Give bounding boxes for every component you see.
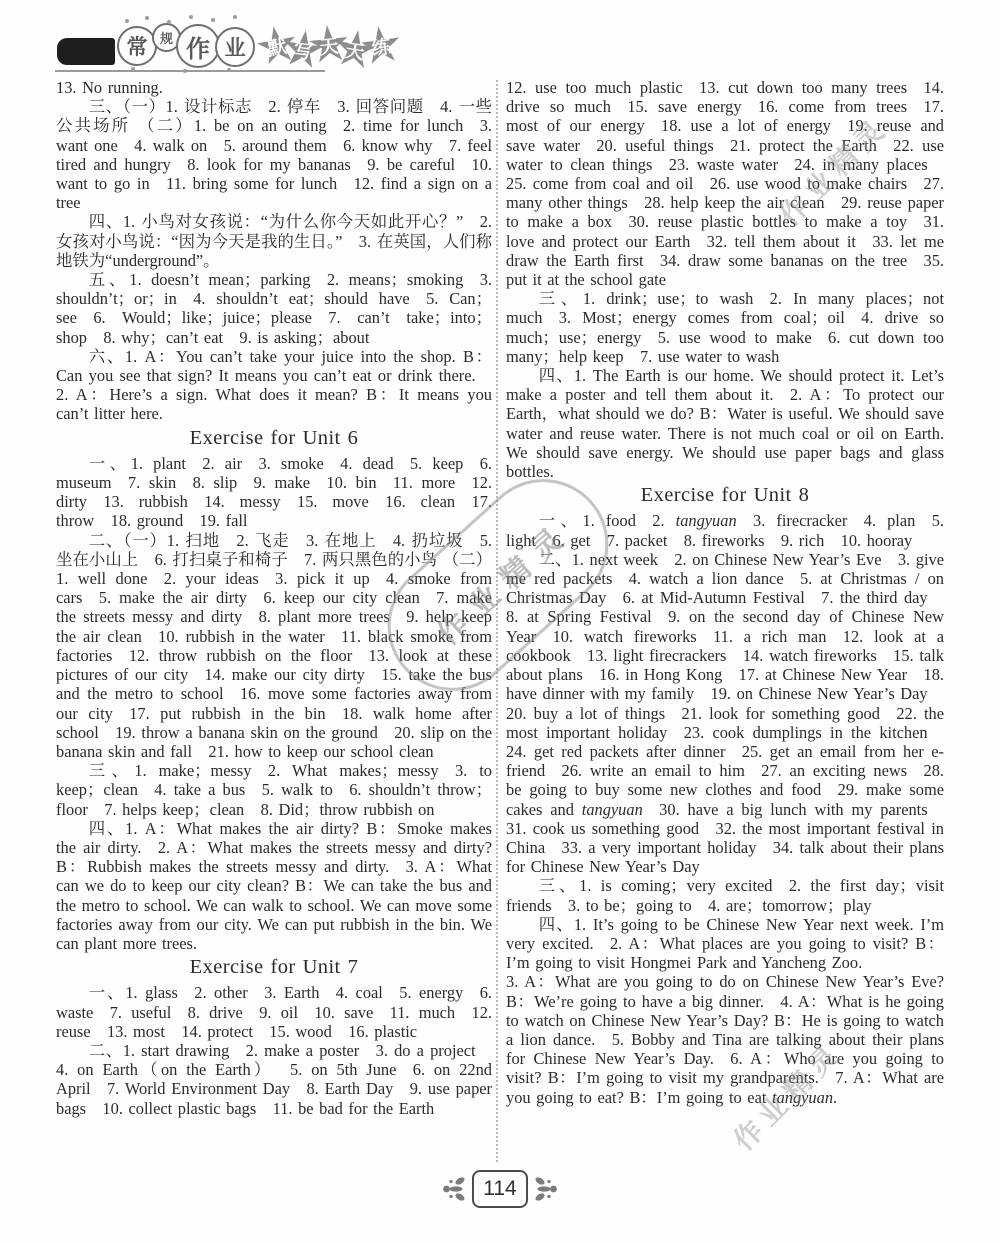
answer-paragraph: 四、1. A：What makes the air dirty? B：Smoke… [56, 819, 492, 953]
page-number: 114 [472, 1170, 528, 1208]
logo-black-bar [57, 38, 115, 65]
answer-paragraph: 三、1. make；messy 2. What makes；messy 3. t… [56, 761, 492, 819]
section-heading: Exercise for Unit 8 [506, 486, 944, 505]
answer-paragraph: 二、1. start drawing 2. make a poster 3. d… [56, 1041, 492, 1118]
answer-paragraph: 三、（一）1. 设计标志 2. 停车 3. 回答问题 4. 一些公共场所 （二）… [56, 97, 492, 212]
logo-underline [55, 70, 325, 72]
flourish-icon [533, 1174, 559, 1204]
answers-column-right: 12. use too much plastic 13. cut down to… [506, 78, 944, 1107]
answer-paragraph: 13. No running. [56, 78, 492, 97]
answer-paragraph: 一、1. glass 2. other 3. Earth 4. coal 5. … [56, 983, 492, 1041]
answer-paragraph: 三、1. drink；use；to wash 2. In many places… [506, 289, 944, 366]
answer-paragraph: 一、1. plant 2. air 3. smoke 4. dead 5. ke… [56, 454, 492, 531]
answer-paragraph: 四、1. It’s going to be Chinese New Year n… [506, 915, 944, 973]
answer-paragraph: 三、1. is coming；very excited 2. the first… [506, 876, 944, 914]
logo-bubble-char: 业 [215, 27, 255, 67]
answer-paragraph: 一、1. food 2. tangyuan 3. firecracker 4. … [506, 511, 944, 549]
answer-paragraph: 四、1. The Earth is our home. We should pr… [506, 366, 944, 481]
logo-star-char: 天 [332, 27, 378, 73]
answer-paragraph: 二、（一）1. 扫地 2. 飞走 3. 在地上 4. 扔垃圾 5. 坐在小山上 … [56, 531, 492, 761]
page-footer: 114 [0, 1170, 1000, 1208]
logo-bubble-char: 作 [176, 24, 220, 68]
section-heading: Exercise for Unit 6 [56, 429, 492, 448]
column-divider [496, 80, 498, 1162]
brand-logo: 常 规 作 业 默 写 天 天 练 [55, 18, 535, 78]
logo-star-char: 写 [280, 27, 325, 72]
answers-column-left: 13. No running.三、（一）1. 设计标志 2. 停车 3. 回答问… [56, 78, 492, 1118]
answer-paragraph: 3. A：What are you going to do on Chinese… [506, 972, 944, 1106]
page-scan: 常 规 作 业 默 写 天 天 练 13. No running.三、（一）1.… [0, 0, 1000, 1243]
flourish-icon [441, 1174, 467, 1204]
answer-paragraph: 12. use too much plastic 13. cut down to… [506, 78, 944, 289]
logo-bubble-char: 常 [117, 26, 157, 66]
section-heading: Exercise for Unit 7 [56, 958, 492, 977]
answer-paragraph: 二、1. next week 2. on Chinese New Year’s … [506, 550, 944, 876]
answer-paragraph: 四、1. 小鸟对女孩说：“为什么你今天如此开心？” 2. 女孩对小鸟说：“因为今… [56, 212, 492, 270]
logo-decorative-dots [125, 19, 129, 23]
answer-paragraph: 六、1. A：You can’t take your juice into th… [56, 347, 492, 424]
answer-paragraph: 五、1. doesn’t mean；parking 2. means；smoki… [56, 270, 492, 347]
